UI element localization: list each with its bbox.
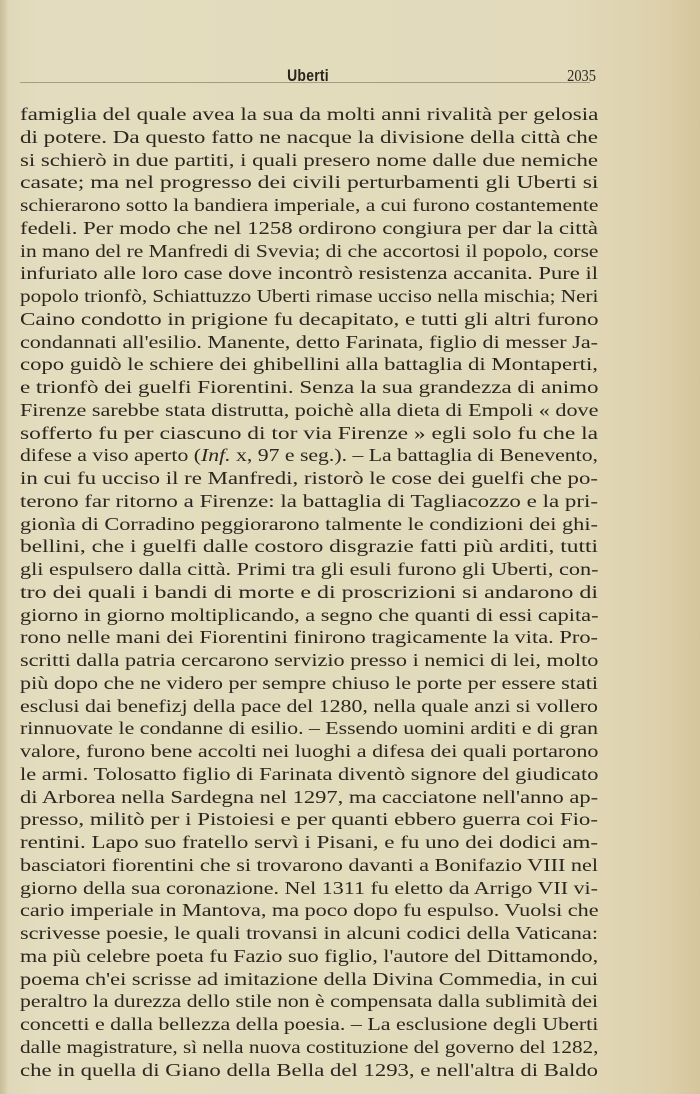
text-line: in mano del re Manfredi di Svevia; di ch…: [20, 240, 598, 263]
text-segment: x, 97 e seg.). – La battaglia di Beneven…: [231, 445, 598, 465]
text-line: presso, militò per i Pistoiesi e per qua…: [20, 808, 598, 831]
text-line: basciatori fiorentini che si trovarono d…: [20, 854, 598, 877]
text-line: rinnuovate le condanne di esilio. – Esse…: [20, 717, 598, 740]
text-line: più dopo che ne videro per sempre chiuso…: [20, 672, 598, 695]
text-line: valore, furono bene accolti nei luoghi a…: [20, 740, 598, 763]
header-rule: [20, 82, 590, 83]
text-line: ma più celebre poeta fu Fazio suo figlio…: [20, 945, 598, 968]
text-segment: difese a viso aperto (: [20, 445, 201, 465]
text-line: gli espulsero dalla città. Primi tra gli…: [20, 558, 598, 581]
text-line: Caino condotto in prigione fu decapitato…: [20, 308, 598, 331]
running-head: Uberti 2035: [20, 66, 596, 92]
citation-abbrev: Inf.: [201, 445, 231, 465]
text-line: Firenze sarebbe stata distrutta, poichè …: [20, 399, 598, 422]
text-line: peraltro la durezza dello stile non è co…: [20, 990, 598, 1013]
text-line: tro dei quali i bandi di morte e di pros…: [20, 581, 598, 604]
text-line: famiglia del quale avea la sua da molti …: [20, 103, 598, 126]
text-line: dalle magistrature, sì nella nuova costi…: [20, 1036, 598, 1059]
text-line: fedeli. Per modo che nel 1258 ordirono c…: [20, 217, 598, 240]
text-line: poema ch'ei scrisse ad imitazione della …: [20, 968, 598, 991]
page-number: 2035: [567, 66, 596, 86]
text-line: le armi. Tolosatto figlio di Farinata di…: [20, 763, 598, 786]
book-page: Uberti 2035 famiglia del quale avea la s…: [0, 0, 700, 1094]
text-line: rentini. Lapo suo fratello servì i Pisan…: [20, 831, 598, 854]
text-line: di Arborea nella Sardegna nel 1297, ma c…: [20, 786, 598, 809]
text-line: concetti e dalla bellezza della poesia. …: [20, 1013, 598, 1036]
text-line: giorno della sua coronazione. Nel 1311 f…: [20, 877, 598, 900]
text-line: copo guidò le schiere dei ghibellini all…: [20, 353, 598, 376]
text-line: che in quella di Giano della Bella del 1…: [20, 1059, 598, 1082]
spine-shadow: [0, 0, 8, 1094]
text-line: in cui fu ucciso il re Manfredi, ristorò…: [20, 467, 598, 490]
text-line: gionìa di Corradino peggiorarono talment…: [20, 513, 598, 536]
text-line: si schierò in due partiti, i quali prese…: [20, 149, 598, 172]
text-line: bellini, che i guelfi dalle costoro disg…: [20, 535, 598, 558]
text-line: giorno in giorno moltiplicando, a segno …: [20, 604, 598, 627]
text-line: e trionfò dei guelfi Fiorentini. Senza l…: [20, 376, 598, 399]
text-line: popolo trionfò, Schiattuzzo Uberti rimas…: [20, 285, 598, 308]
text-line: scrivesse poesie, le quali trovansi in a…: [20, 922, 598, 945]
text-line: esclusi dai benefizj della pace del 1280…: [20, 695, 598, 718]
body-text: famiglia del quale avea la sua da molti …: [20, 103, 598, 1081]
text-line: casate; ma nel progresso dei civili pert…: [20, 171, 598, 194]
text-line: condannati all'esilio. Manente, detto Fa…: [20, 331, 598, 354]
text-line: terono far ritorno a Firenze: la battagl…: [20, 490, 598, 513]
text-line: infuriato alle loro case dove incontrò r…: [20, 262, 598, 285]
text-line: scritti dalla patria cercarono servizio …: [20, 649, 598, 672]
text-line: sofferto fu per ciascuno di tor via Fire…: [20, 422, 598, 445]
running-title: Uberti: [72, 66, 544, 86]
text-line: cario imperiale in Mantova, ma poco dopo…: [20, 899, 598, 922]
text-line: di potere. Da questo fatto ne nacque la …: [20, 126, 598, 149]
text-line: schierarono sotto la bandiera imperiale,…: [20, 194, 598, 217]
text-line-with-citation: difese a viso aperto (Inf. x, 97 e seg.)…: [20, 444, 598, 467]
text-line: rono nelle mani dei Fiorentini finirono …: [20, 626, 598, 649]
